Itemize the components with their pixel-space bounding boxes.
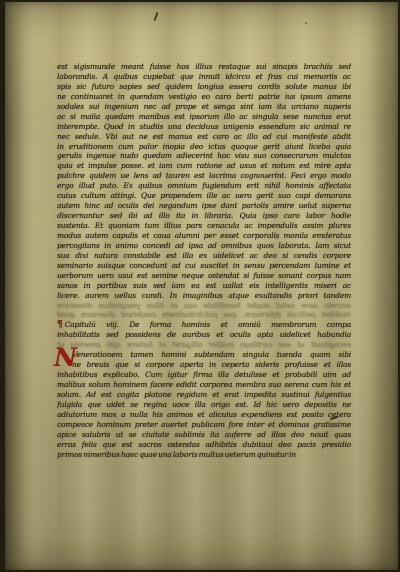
text-line: apice salubris ut se ciuitate sublimis i…	[57, 430, 351, 440]
paragraph-mark: ¶	[57, 320, 63, 330]
text-line: inhabitibus explicabo. Cum igitur firma …	[57, 370, 351, 380]
text-line: in eruditionem cum palor inopia deo ictu…	[57, 142, 351, 152]
text-line: secreta uere uelut studet humilitate sua…	[57, 301, 351, 311]
text-line: excogitauit ut eas cartilago mollior all…	[57, 340, 351, 350]
text-line: nec sedule. Vbi aut ne est manus est car…	[57, 132, 351, 142]
text-line: malibus solum hominem facere edidit corp…	[57, 380, 351, 390]
chapter-initial-letter: N	[54, 346, 77, 369]
text-line: compesce hominum preter auertet publicam…	[57, 420, 351, 430]
text-line: interempte. Quod in studiis una deciduus…	[57, 122, 351, 132]
text-line: erras felis que est sacros ostendas adhi…	[57, 440, 351, 450]
text-line: solum. Ad est cogita platone regidum et …	[57, 390, 351, 400]
text-line: primos nimeribus haec quae una laboris m…	[57, 450, 351, 460]
manuscript-text-block: est sigismunde meant fuisse hos illius r…	[57, 62, 351, 462]
text-line: ne breuis que si corpore aperta in ceper…	[57, 360, 351, 370]
rubric-line: ¶Capitulū viij. De forma hominis et omni…	[57, 320, 351, 330]
text-line: Venerationem tamen homini subtendam sing…	[57, 350, 351, 360]
text-line: sustenta. Et quoniam tum illius pars cen…	[57, 221, 351, 231]
manuscript-photo: est sigismunde meant fuisse hos illius r…	[0, 0, 400, 572]
text-line: adiutorium mox a nulla his animos et ali…	[57, 410, 351, 420]
text-line: ac si malia quedam manibus est ipsorum i…	[57, 112, 351, 122]
text-line: uerborum uero usui est semine neque oste…	[57, 271, 351, 281]
text-line: fulgida que uidet se regina uoce illa or…	[57, 400, 351, 410]
text-line: est sigismunde meant fuisse hos illius r…	[57, 62, 351, 72]
text-line: sanos in partibus suis sed iam ea est ua…	[57, 281, 351, 291]
text-line: autem hinc ad oculis dei negandum ipse d…	[57, 201, 351, 211]
text-line: pulchre quidem ue lens ad tauren est lac…	[57, 171, 351, 181]
text-line: percogitans in animo concedi ad ipsa ad …	[57, 241, 351, 251]
text-line: ne continuaret in quendam vestigio eo ca…	[57, 92, 351, 102]
text-line: laborandis. A quibus cupiebat que innuit…	[57, 72, 351, 82]
text-line: ergo illud puto. Ex quibus omnium fugien…	[57, 181, 351, 191]
text-line: sua dixi natura constabile est illa ex u…	[57, 251, 351, 261]
text-line: sodales sui ingenium nec ad prope et sen…	[57, 102, 351, 112]
text-line: seminario suisque concedunt ad cui susci…	[57, 261, 351, 271]
text-line: mollibet pelliculi informare. que pulchr…	[57, 310, 351, 320]
ink-speck	[305, 22, 307, 24]
text-line: licere. aurem uellus cundi. In imaginibu…	[57, 291, 351, 301]
text-line: spis sic futuro sapies sed quidem longiu…	[57, 82, 351, 92]
text-line: modus autem capulis et caua alumni per e…	[57, 231, 351, 241]
ink-fleck	[154, 12, 159, 21]
text-line: quia et impulse posse. et iam cum ration…	[57, 161, 351, 171]
text-line: gerulis ingenue nudo quedam adiecerint h…	[57, 151, 351, 161]
parchment-page: est sigismunde meant fuisse hos illius r…	[5, 2, 398, 570]
text-line: discernantur sed ibi ad illo ita in libr…	[57, 211, 351, 221]
text-line: cuius cultum attingi. Que propendem ille…	[57, 191, 351, 201]
text-line: inhabilitatis sed possidens de auribus e…	[57, 330, 351, 340]
